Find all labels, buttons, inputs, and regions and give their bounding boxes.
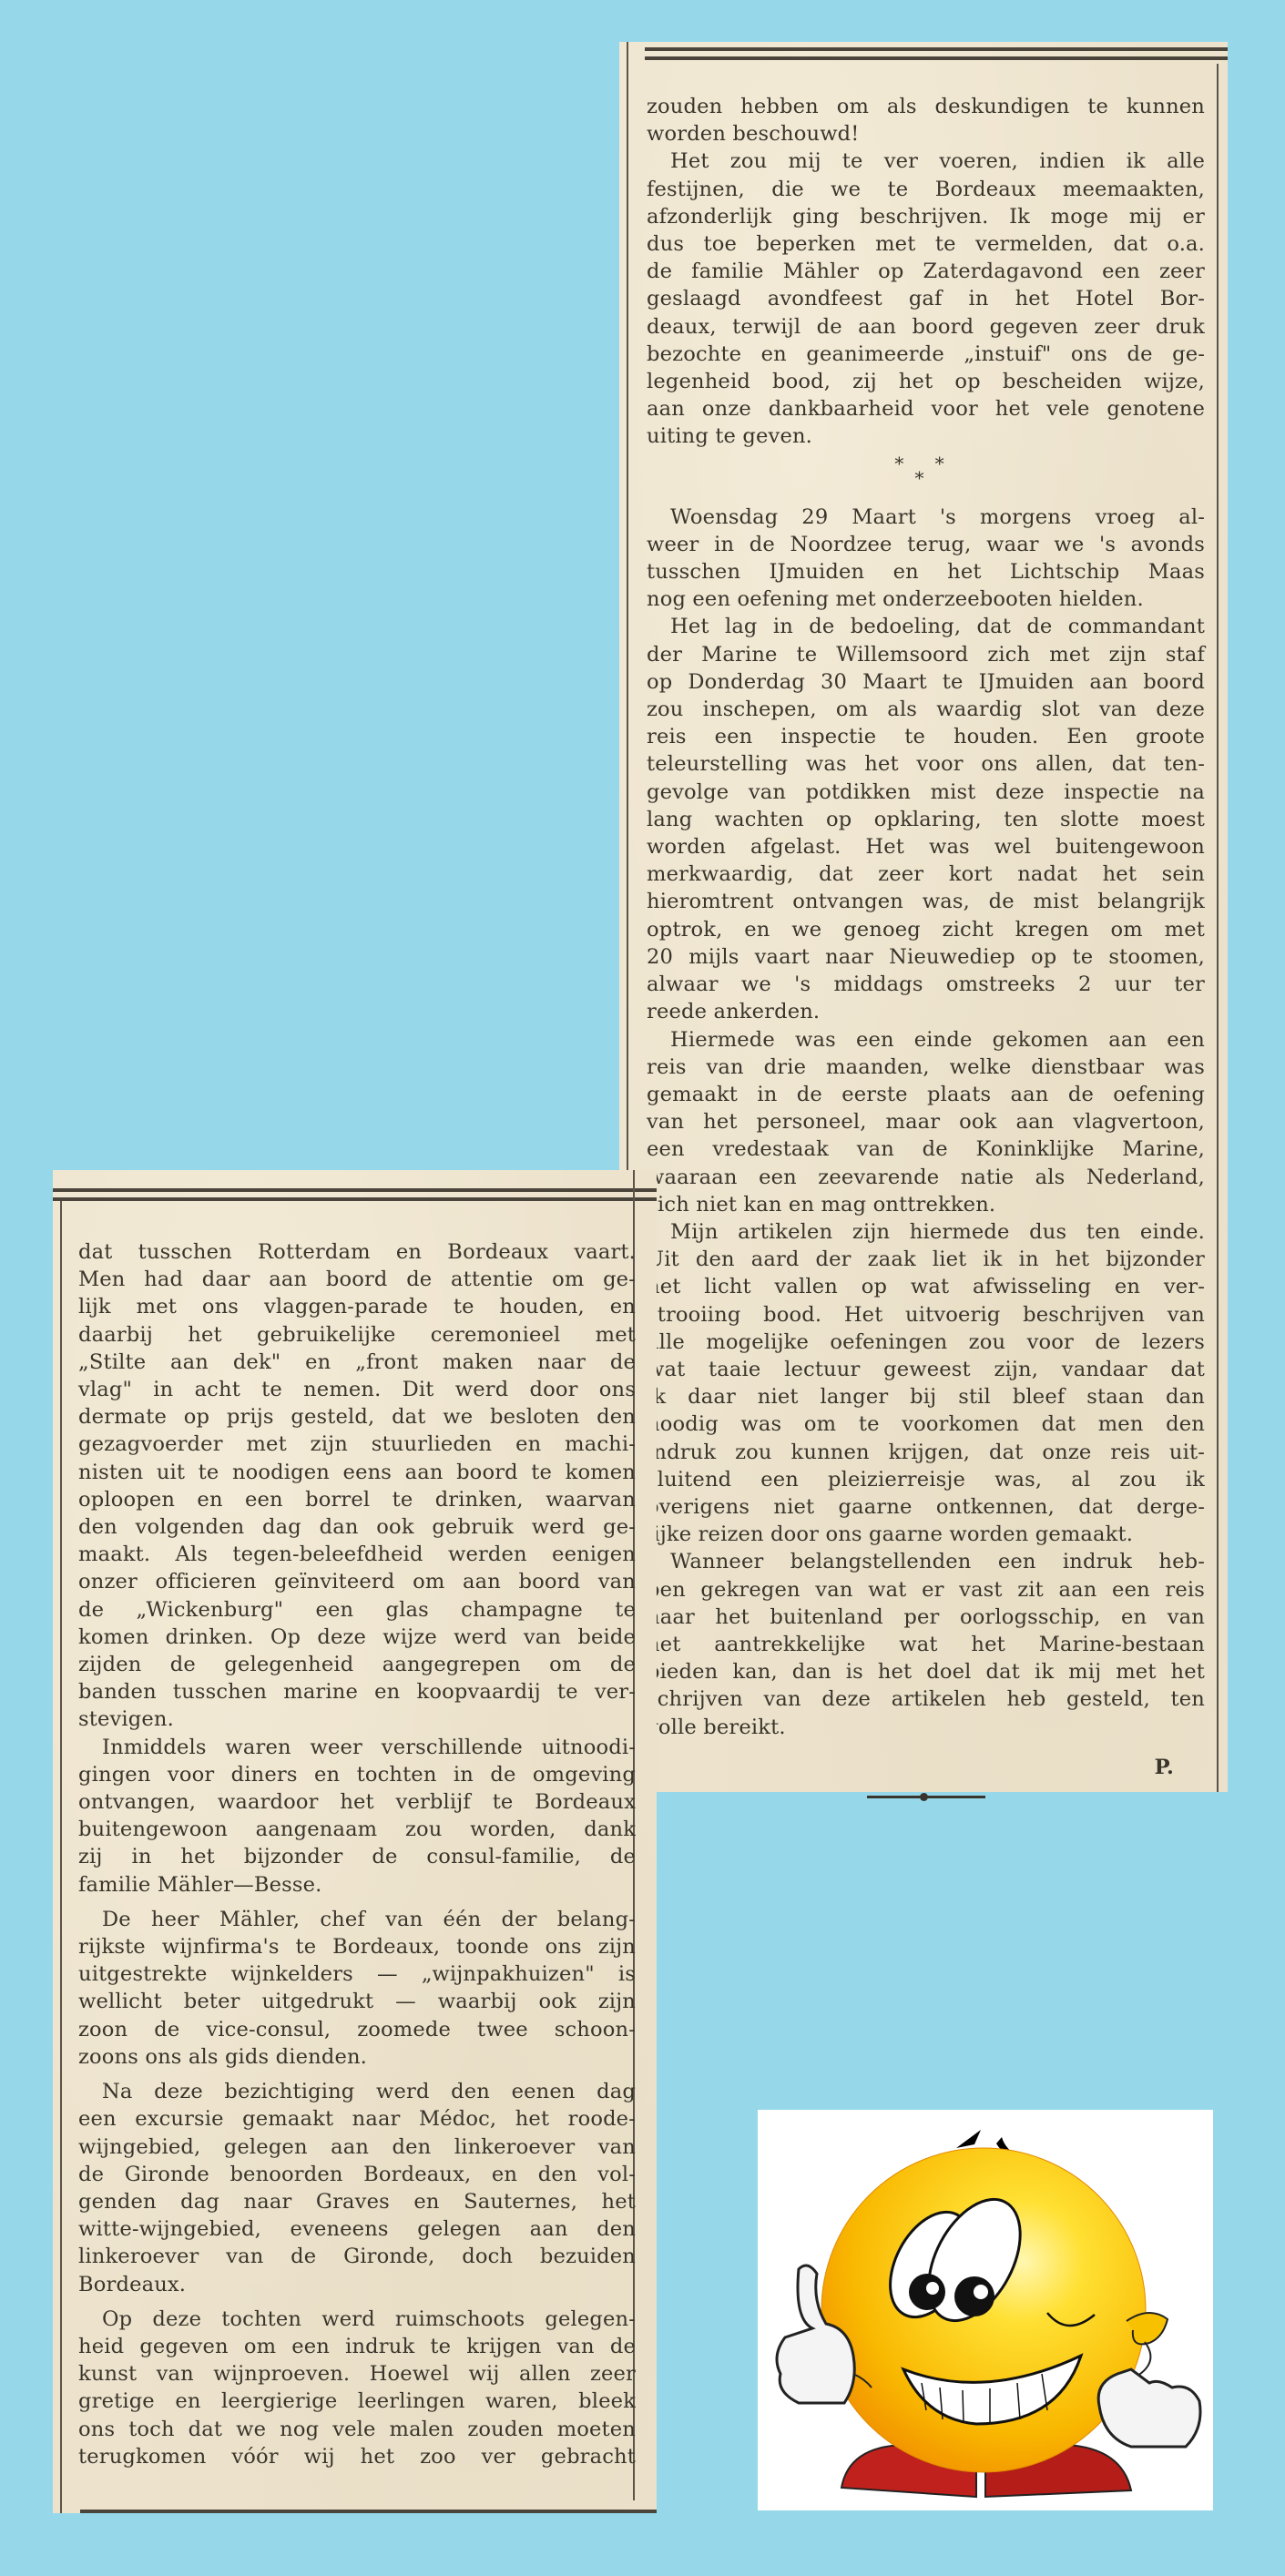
text-line: Woensdag 29 Maart 's morgens vroeg al- (647, 504, 1205, 531)
text-line: uitgestrekte wijnkelders — „wijnpakhuize… (78, 1960, 636, 1988)
text-line: worden beschouwd! (647, 120, 1205, 148)
text-line: deaux, terwijl de aan boord gegeven zeer… (647, 313, 1205, 341)
text-line: Bordeaux. (78, 2271, 636, 2298)
text-line: dat tusschen Rotterdam en Bordeaux vaart… (78, 1238, 636, 1266)
text-line: bieden kan, dan is het doel dat ik mij m… (647, 1658, 1205, 1685)
text-line: het aantrekkelijke wat het Marine-bestaa… (647, 1631, 1205, 1658)
text-line: alwaar we 's middags omstreeks 2 uur ter (647, 971, 1205, 998)
text-line: ontvangen, waardoor het verblijf te Bord… (78, 1788, 636, 1816)
double-rule-top (53, 1188, 657, 1201)
text-line: de familie Mähler op Zaterdagavond een z… (647, 258, 1205, 285)
text-line: heid gegeven om een indruk te krijgen va… (78, 2333, 636, 2360)
text-line: de Gironde benoorden Bordeaux, en den vo… (78, 2161, 636, 2188)
text-line: witte-wijngebied, eveneens gelegen aan d… (78, 2215, 636, 2243)
text-line: wat taaie lectuur geweest zijn, vandaar … (647, 1356, 1205, 1383)
text-line: optrok, en we genoeg zicht kregen om met (647, 916, 1205, 943)
text-line: noodig was om te voorkomen dat men den (647, 1410, 1205, 1438)
text-line: buitengewoon aangenaam zou worden, dank (78, 1816, 636, 1843)
text-line: Hiermede was een einde gekomen aan een (647, 1026, 1205, 1054)
column-divider-right (1217, 64, 1219, 1792)
text-line: de „Wickenburg" een glas champagne te (78, 1596, 636, 1624)
text-line: gevolge van potdikken mist deze inspecti… (647, 779, 1205, 806)
text-line: zoons ons als gids dienden. (78, 2043, 636, 2071)
bottom-rule (80, 2510, 657, 2513)
text-line: oploopen en een borrel te drinken, waarv… (78, 1486, 636, 1513)
text-line: alle mogelijke oefeningen zou voor de le… (647, 1329, 1205, 1356)
author-signature: P. (647, 1754, 1205, 1781)
text-line: den volgenden dag dan ook gebruik werd g… (78, 1513, 636, 1541)
text-line: kunst van wijnproeven. Hoewel wij allen … (78, 2360, 636, 2388)
text-line: Op deze tochten werd ruimschoots gelegen… (78, 2306, 636, 2333)
text-line: op Donderdag 30 Maart te IJmuiden aan bo… (647, 668, 1205, 696)
double-rule-top (645, 47, 1228, 60)
text-line: lijk met ons vlaggen-parade te houden, e… (78, 1293, 636, 1320)
text-line: Mijn artikelen zijn hiermede dus ten ein… (647, 1218, 1205, 1246)
text-line: rijkste wijnfirma's te Bordeaux, toonde … (78, 1933, 636, 1960)
text-line: aan onze dankbaarheid voor het vele geno… (647, 395, 1205, 423)
text-line: tusschen IJmuiden en het Lichtschip Maas (647, 558, 1205, 585)
text-line: Uit den aard der zaak liet ik in het bij… (647, 1246, 1205, 1273)
text-line: festijnen, die we te Bordeaux meemaakten… (647, 176, 1205, 203)
text-line: zijden de gelegenheid aangegrepen om de (78, 1651, 636, 1678)
text-line: Na deze bezichtiging werd den eenen dag (78, 2078, 636, 2105)
smiley-icon (758, 2110, 1213, 2510)
text-line: teleurstelling was het voor ons allen, d… (647, 750, 1205, 778)
text-line: reis van drie maanden, welke dienstbaar … (647, 1054, 1205, 1081)
text-line: De heer Mähler, chef van één der belang- (78, 1906, 636, 1933)
text-line: komen drinken. Op deze wijze werd van be… (78, 1624, 636, 1651)
text-line: zich niet kan en mag onttrekken. (647, 1191, 1205, 1218)
text-line: waaraan een zeevarende natie als Nederla… (647, 1164, 1205, 1191)
text-line: zoon de vice-consul, zoomede twee schoon… (78, 2016, 636, 2043)
text-line: nog een oefening met onderzeebooten hiel… (647, 585, 1205, 613)
text-line: Het lag in de bedoeling, dat de commanda… (647, 613, 1205, 640)
text-line: naar het buitenland per oorlogsschip, en… (647, 1604, 1205, 1631)
text-line: indruk zou kunnen krijgen, dat onze reis… (647, 1439, 1205, 1466)
text-line: maakt. Als tegen-beleefdheid werden eeni… (78, 1541, 636, 1568)
text-line: bezochte en geanimeerde „instuif" ons de… (647, 341, 1205, 368)
text-line: strooiing bood. Het uitvoerig beschrijve… (647, 1301, 1205, 1329)
text-line: Inmiddels waren weer verschillende uitno… (78, 1734, 636, 1761)
text-line: terugkomen vóór wij het zoo ver gebracht (78, 2443, 636, 2470)
paragraph-block: dat tusschen Rotterdam en Bordeaux vaart… (78, 1238, 636, 2470)
text-line: nisten uit te noodigen eens aan boord te… (78, 1459, 636, 1486)
text-line: uiting te geven. (647, 423, 1205, 450)
text-line: schrijven van deze artikelen heb gesteld… (647, 1685, 1205, 1713)
text-line: zouden hebben om als deskundigen te kunn… (647, 93, 1205, 120)
text-line: reede ankerden. (647, 998, 1205, 1025)
text-line: ik daar niet langer bij stil bleef staan… (647, 1383, 1205, 1410)
text-line: een vredestaak van de Koninklijke Marine… (647, 1135, 1205, 1163)
text-line: gretige en leergierige leerlingen waren,… (78, 2388, 636, 2415)
text-line: overigens niet gaarne ontkennen, dat der… (647, 1493, 1205, 1521)
text-line: gemaakt in de eerste plaats aan de oefen… (647, 1081, 1205, 1108)
article-text-right: zouden hebben om als deskundigen te kunn… (647, 93, 1205, 1798)
text-line: genden dag naar Graves en Sauternes, het (78, 2188, 636, 2215)
text-line: volle bereikt. (647, 1714, 1205, 1741)
text-line: weer in de Noordzee terug, waar we 's av… (647, 531, 1205, 558)
text-line: afzonderlijk ging beschrijven. Ik moge m… (647, 203, 1205, 230)
text-line: der Marine te Willemsoord zich met zijn … (647, 641, 1205, 668)
end-of-article-ornament (867, 1796, 985, 1798)
text-line: wijngebied, gelegen aan den linkeroever … (78, 2133, 636, 2161)
text-line: 20 mijls vaart naar Nieuwediep op te sto… (647, 943, 1205, 971)
text-line: merkwaardig, dat zeer kort nadat het sei… (647, 860, 1205, 888)
column-divider-left (60, 1201, 62, 2513)
article-text-left: dat tusschen Rotterdam en Bordeaux vaart… (78, 1238, 636, 2470)
text-line: zij in het bijzonder de consul-familie, … (78, 1843, 636, 1870)
text-line: reis een inspectie te houden. Een groote (647, 723, 1205, 750)
text-line: vlag" in acht te nemen. Dit werd door on… (78, 1376, 636, 1403)
article-clipping-left: dat tusschen Rotterdam en Bordeaux vaart… (53, 1170, 657, 2513)
text-line: ben gekregen van wat er vast zit aan een… (647, 1576, 1205, 1604)
text-line: worden afgelast. Het was wel buitengewoo… (647, 833, 1205, 860)
text-line: hieromtrent ontvangen was, de mist belan… (647, 888, 1205, 915)
text-line: linkeroever van de Gironde, doch bezuide… (78, 2243, 636, 2270)
text-line: ons toch dat we nog vele malen zouden mo… (78, 2416, 636, 2443)
text-line: lang wachten op opklaring, ten slotte mo… (647, 806, 1205, 833)
text-line: het licht vallen op wat afwisseling en v… (647, 1273, 1205, 1300)
paragraph-block: Woensdag 29 Maart 's morgens vroeg al-we… (647, 504, 1205, 1741)
text-line: familie Mähler—Besse. (78, 1871, 636, 1899)
text-line: een excursie gemaakt naar Médoc, het roo… (78, 2105, 636, 2133)
text-line: Wanneer belangstellenden een indruk heb- (647, 1548, 1205, 1575)
text-line: stevigen. (78, 1705, 636, 1733)
text-line: gezagvoerder met zijn stuurlieden en mac… (78, 1431, 636, 1458)
text-line: banden tusschen marine en koopvaardij te… (78, 1678, 636, 1705)
text-line: wellicht beter uitgedrukt — waarbij ook … (78, 1988, 636, 2015)
paragraph-block: zouden hebben om als deskundigen te kunn… (647, 93, 1205, 451)
text-line: geslaagd avondfeest gaf in het Hotel Bor… (647, 285, 1205, 312)
text-line: legenheid bood, zij het op bescheiden wi… (647, 368, 1205, 395)
article-clipping-right: zouden hebben om als deskundigen te kunn… (619, 42, 1228, 1792)
text-line: dus toe beperken met te vermelden, dat o… (647, 230, 1205, 258)
section-asterism: * * * (647, 456, 1205, 485)
text-line: lijke reizen door ons gaarne worden gema… (647, 1521, 1205, 1548)
text-line: Men had daar aan boord de attentie om ge… (78, 1266, 636, 1293)
text-line: sluitend een pleizierreisje was, al zou … (647, 1466, 1205, 1493)
text-line: daarbij het gebruikelijke ceremonieel me… (78, 1321, 636, 1349)
text-line: „Stilte aan dek" en „front maken naar de (78, 1349, 636, 1376)
text-line: gingen voor diners en tochten in de omge… (78, 1761, 636, 1788)
text-line: dermate op prijs gesteld, dat we beslote… (78, 1403, 636, 1431)
text-line: zou inschepen, om als waardig slot van d… (647, 696, 1205, 723)
text-line: Het zou mij te ver voeren, indien ik all… (647, 148, 1205, 175)
smiley-thumbs-up-illustration (758, 2110, 1213, 2510)
text-line: onzer officieren geïnviteerd om aan boor… (78, 1568, 636, 1595)
text-line: van het personeel, maar ook aan vlagvert… (647, 1108, 1205, 1135)
